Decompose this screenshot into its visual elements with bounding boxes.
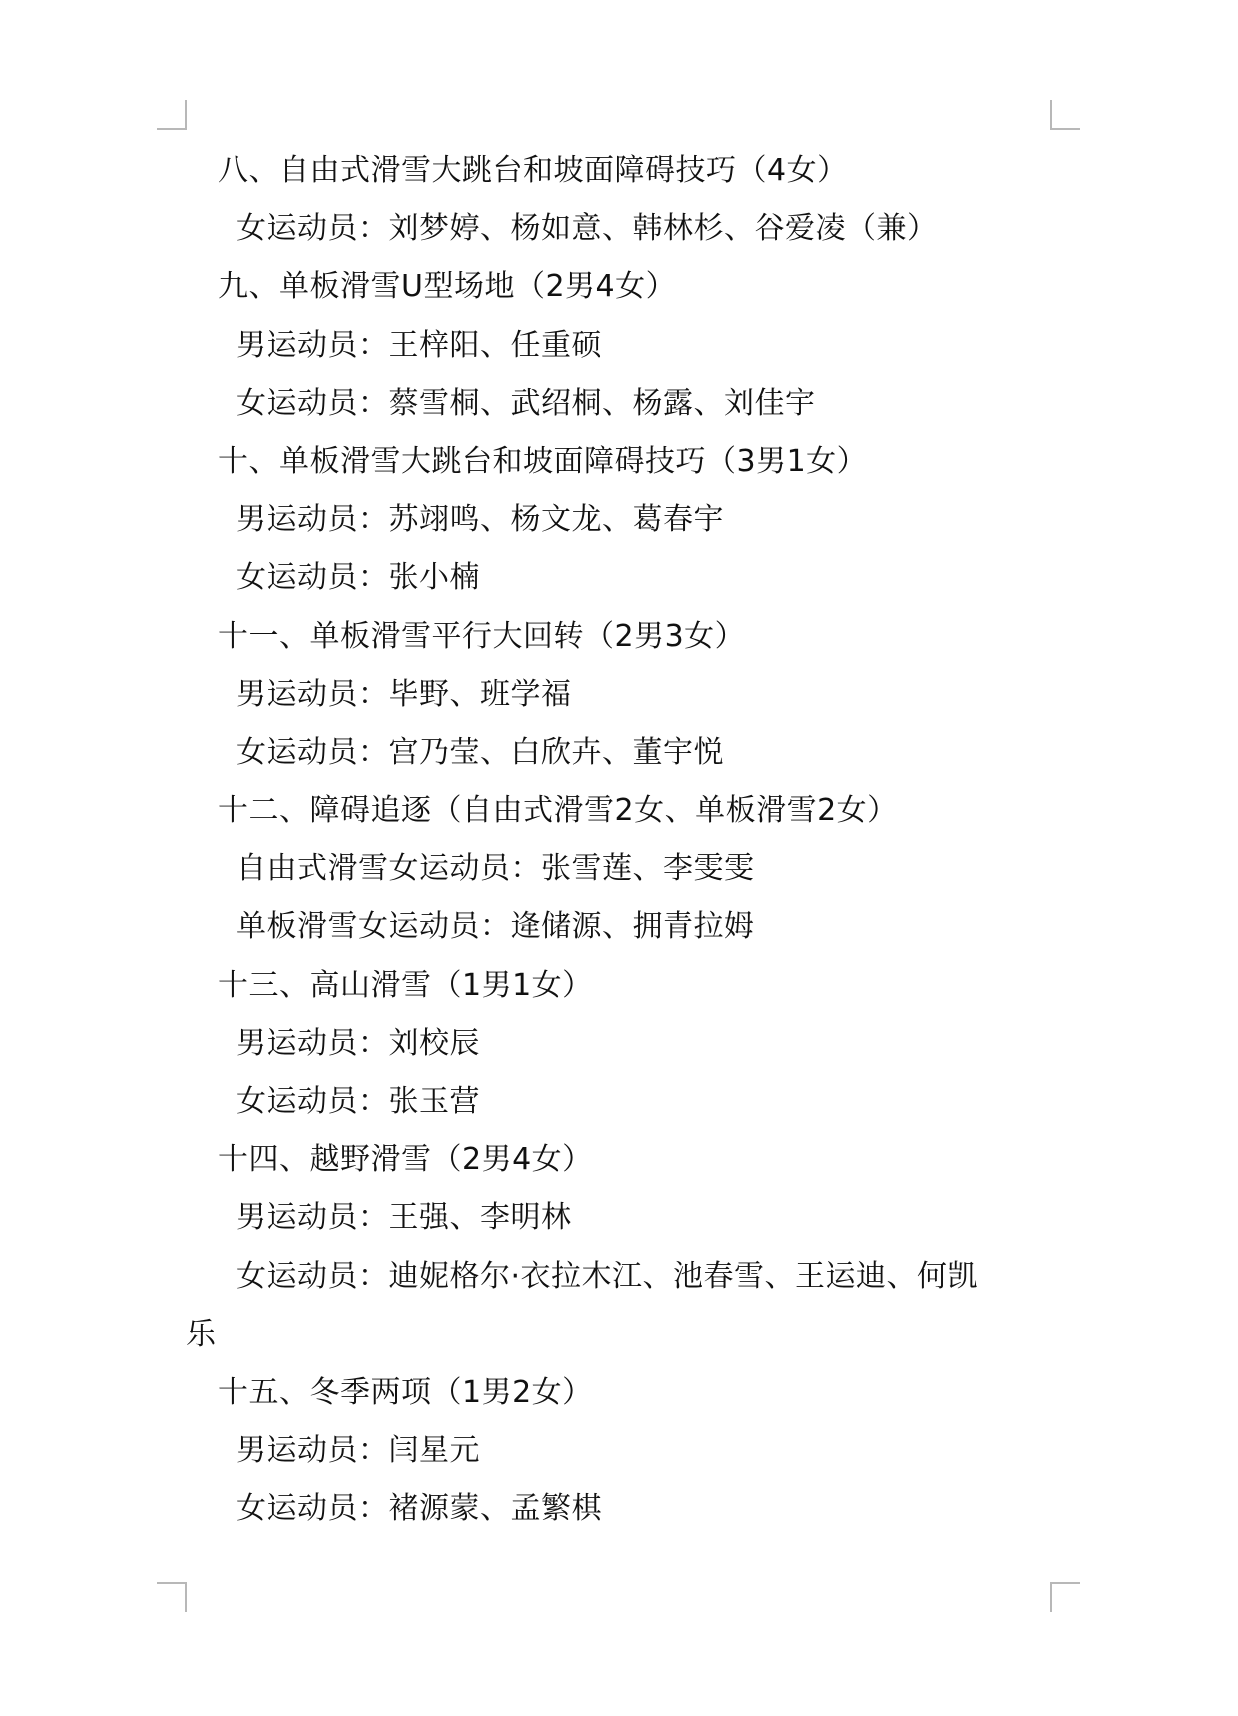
- athlete-list-women: 女运动员：迪妮格尔·衣拉木江、池春雪、王运迪、何凯: [186, 1248, 1050, 1306]
- section-heading-alpine-skiing: 十三、高山滑雪（1男1女）: [186, 957, 1050, 1015]
- margin-corner-mark-bottom-right: [1050, 1582, 1080, 1612]
- athlete-list-men: 男运动员：王强、李明林: [186, 1189, 1050, 1247]
- athlete-list-women: 女运动员：张玉营: [186, 1073, 1050, 1131]
- athlete-list-women: 女运动员：褚源蒙、孟繁棋: [186, 1480, 1050, 1538]
- section-heading-biathlon: 十五、冬季两项（1男2女）: [186, 1364, 1050, 1422]
- section-heading-cross: 十二、障碍追逐（自由式滑雪2女、单板滑雪2女）: [186, 782, 1050, 840]
- athlete-list-freestyle-women: 自由式滑雪女运动员：张雪莲、李雯雯: [186, 840, 1050, 898]
- section-heading-freestyle-big-air-slopestyle: 八、自由式滑雪大跳台和坡面障碍技巧（4女）: [186, 142, 1050, 200]
- section-heading-snowboard-parallel-giant-slalom: 十一、单板滑雪平行大回转（2男3女）: [186, 608, 1050, 666]
- athlete-list-men: 男运动员：毕野、班学福: [186, 666, 1050, 724]
- section-heading-snowboard-big-air-slopestyle: 十、单板滑雪大跳台和坡面障碍技巧（3男1女）: [186, 433, 1050, 491]
- athlete-list-women: 女运动员：蔡雪桐、武绍桐、杨露、刘佳宇: [186, 375, 1050, 433]
- athlete-list-men: 男运动员：刘校辰: [186, 1015, 1050, 1073]
- document-page: 八、自由式滑雪大跳台和坡面障碍技巧（4女） 女运动员：刘梦婷、杨如意、韩林杉、谷…: [0, 0, 1238, 1716]
- margin-corner-mark-bottom-left: [157, 1582, 187, 1612]
- athlete-list-women: 女运动员：宫乃莹、白欣卉、董宇悦: [186, 724, 1050, 782]
- margin-corner-mark-top-right: [1050, 100, 1080, 130]
- athlete-list-women-wrapped-tail: 乐: [186, 1306, 1050, 1364]
- athlete-list-men: 男运动员：闫星元: [186, 1422, 1050, 1480]
- margin-corner-mark-top-left: [157, 100, 187, 130]
- section-heading-cross-country-skiing: 十四、越野滑雪（2男4女）: [186, 1131, 1050, 1189]
- document-body: 八、自由式滑雪大跳台和坡面障碍技巧（4女） 女运动员：刘梦婷、杨如意、韩林杉、谷…: [186, 142, 1050, 1539]
- athlete-list-men: 男运动员：王梓阳、任重硕: [186, 317, 1050, 375]
- athlete-list-women: 女运动员：张小楠: [186, 549, 1050, 607]
- athlete-list-women: 女运动员：刘梦婷、杨如意、韩林杉、谷爱凌（兼）: [186, 200, 1050, 258]
- athlete-list-snowboard-women: 单板滑雪女运动员：逄储源、拥青拉姆: [186, 898, 1050, 956]
- section-heading-snowboard-halfpipe: 九、单板滑雪U型场地（2男4女）: [186, 258, 1050, 316]
- athlete-list-men: 男运动员：苏翊鸣、杨文龙、葛春宇: [186, 491, 1050, 549]
